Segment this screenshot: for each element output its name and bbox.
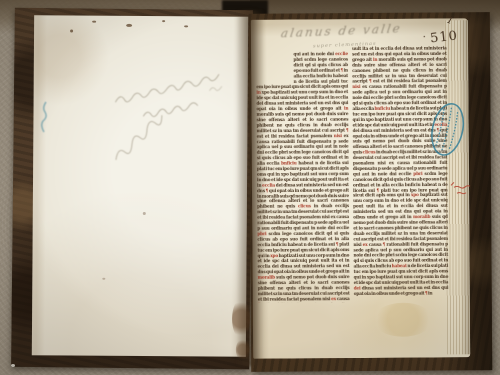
dirt-speck: [92, 21, 96, 23]
text-column-right: uult ita et in ecclia dei diusa sut mini…: [352, 45, 449, 305]
dirt-speck: [70, 30, 73, 33]
dirt-speck: [126, 24, 132, 27]
blue-edge-mark: [40, 100, 52, 134]
dirt-speck: [143, 212, 146, 215]
shelfmark-value: 510: [429, 29, 458, 47]
shelfmark-dot: ·: [422, 32, 427, 43]
dirt-speck: [102, 278, 105, 280]
dirt-speck: [184, 25, 188, 27]
dirt-speck: [162, 20, 165, 22]
red-marginal-note: [449, 181, 471, 199]
right-manuscript-page: alanus de valle super clementinas ·510 1…: [251, 18, 470, 359]
text-column-left-body: qui aut in noie dni ecclie pbri scdm leg…: [256, 51, 350, 303]
photo-open-medieval-manuscript: alanus de valle super clementinas ·510 1…: [0, 0, 500, 375]
left-pastedown-page: [32, 15, 248, 356]
center-gutter-shadow: [236, 10, 264, 366]
text-column-right-body: uult ita et in ecclia dei diusa sut mini…: [352, 45, 448, 296]
parchment-stain: [373, 302, 433, 336]
white-speck: [11, 364, 15, 367]
text-column-left: qui aut in noie dni ecclie pbri scdm leg…: [256, 51, 350, 303]
offset-handwriting-illegible: [105, 68, 256, 164]
